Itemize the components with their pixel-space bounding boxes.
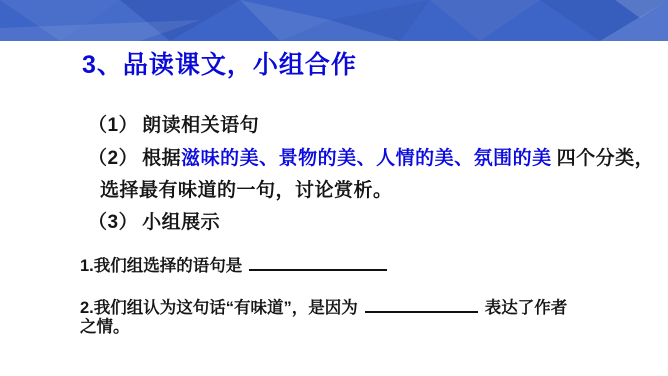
blank-underline: [365, 298, 478, 313]
low-poly-texture: [0, 0, 668, 41]
step-item-1: （1）朗读相关语句: [88, 110, 259, 137]
step-text-suffix: 四个分类，: [557, 148, 655, 169]
step-text-prefix: 根据: [142, 148, 181, 169]
presentation-slide: 3、品读课文，小组合作 （1）朗读相关语句 （2）根据滋味的美、景物的美、人情的…: [0, 0, 668, 376]
fill-line-1-text: 1.我们组选择的语句是: [80, 257, 242, 275]
fill-line-2-after: 表达了作者: [485, 299, 568, 317]
step-marker: （3）: [88, 212, 138, 233]
header-band: [0, 0, 668, 41]
step-item-2: （2）根据滋味的美、景物的美、人情的美、氛围的美四个分类，: [88, 143, 654, 170]
step-marker: （1）: [88, 115, 138, 136]
step-text: 小组展示: [142, 212, 220, 233]
step-item-2-continuation: 选择最有味道的一句，讨论赏析。: [100, 175, 393, 202]
step-marker: （2）: [88, 148, 138, 169]
highlight-text: 滋味的美、景物的美、人情的美、氛围的美: [181, 148, 552, 169]
step-text: 朗读相关语句: [142, 115, 259, 136]
step-item-3: （3）小组展示: [88, 207, 220, 234]
fill-line-1: 1.我们组选择的语句是: [80, 252, 394, 276]
slide-title: 3、品读课文，小组合作: [82, 45, 357, 81]
fill-line-2: 2.我们组认为这句话“有味道”，是因为表达了作者: [80, 294, 567, 318]
fill-line-2-wrap: 之情。: [80, 313, 130, 337]
blank-underline: [249, 256, 387, 271]
